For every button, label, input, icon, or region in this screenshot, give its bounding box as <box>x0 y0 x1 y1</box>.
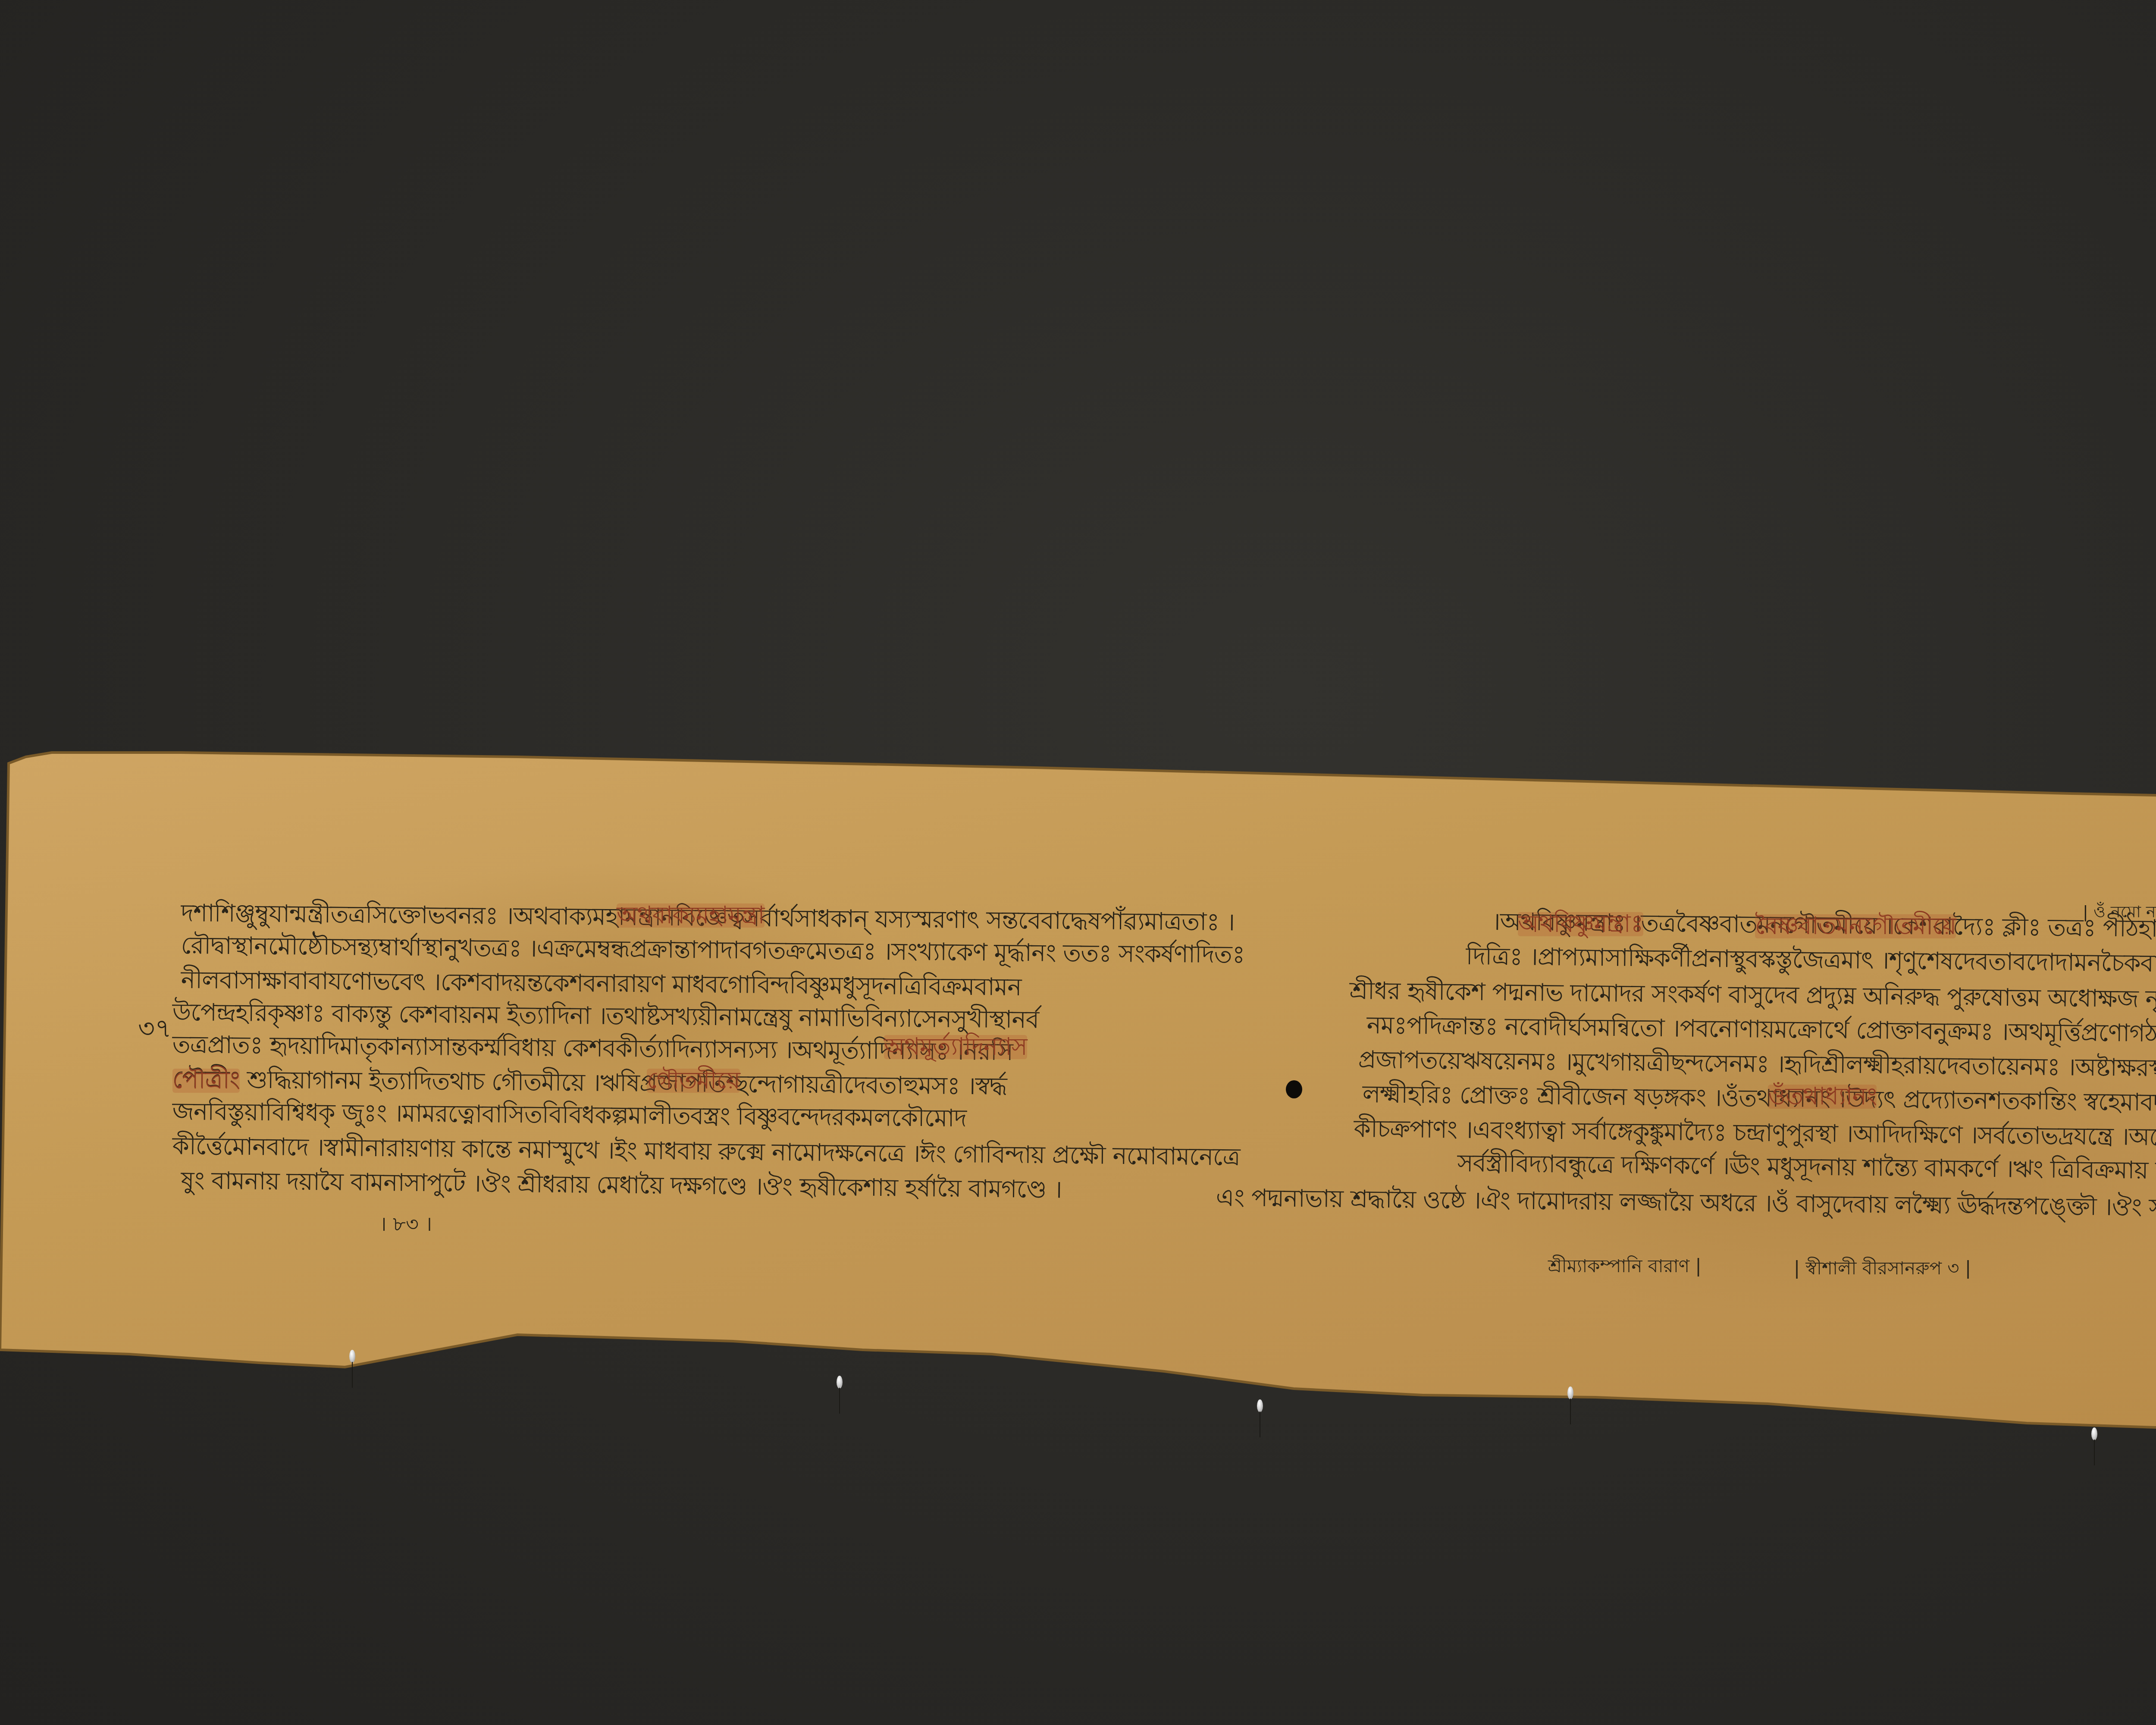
manuscript-folio: ৩৭ শ্রীঃ… ৩৭ | ওঁ নমো নারায়ণায় ।৪ । । … <box>0 0 2156 1725</box>
rubric-3: বৈষ্ণবাতমনগৌতমীয়ে <box>1755 914 1956 938</box>
bottom-right-note-1: শ্রীম্যাকম্পানি বারাণ | <box>1548 1257 1702 1275</box>
mounting-pin-2 <box>837 1376 843 1389</box>
mounting-pin-3 <box>1257 1399 1263 1412</box>
bottom-right-note-2: | স্বীশালী বীরসানরুপ ৩ | <box>1794 1259 1971 1277</box>
binding-hole <box>1286 1080 1302 1098</box>
rubric-7: গৌতমীয়ে <box>647 1069 740 1093</box>
left-margin-folio-number: ৩৭ <box>138 1016 172 1041</box>
bottom-left-note: । ৮৩ । <box>379 1214 432 1234</box>
folio-paper-shape <box>0 0 2156 1725</box>
rubric-8: ওঁতথাধ্যানং <box>1768 1085 1877 1109</box>
text-line-4: উপেন্দ্রহরিকৃষ্ণাঃ বাক্যন্তু কেশবায়নম ই… <box>172 1000 1039 1032</box>
rubric-6: পৌত্রীং <box>172 1069 240 1093</box>
rubric-2: অথবিষ্ণুমন্ত্রাঃ <box>1518 912 1643 936</box>
text-line-7: জনবিস্তুয়াবিশ্বিধকৃ জুঃং ।মামরত্নোবাসিত… <box>172 1100 967 1131</box>
mounting-pin-5 <box>2091 1427 2097 1440</box>
text-line-6: পৌত্রীং শুদ্ধিয়াগানম ইত্যাদিতথাচ গৌতমীয… <box>172 1067 1007 1099</box>
text-line-3: নীলবাসাক্ষাবাবাযণোভবেৎ ।কেশবাদয়ন্তকেশবন… <box>181 968 1022 1000</box>
rubric-4: অথমূর্ত্যাদিন্যাস <box>884 1035 1027 1059</box>
rubric-1: অথবাক্যমহামন্ত্রা <box>617 903 765 928</box>
mounting-pin-1 <box>349 1350 355 1363</box>
mounting-pin-4 <box>1567 1386 1573 1399</box>
